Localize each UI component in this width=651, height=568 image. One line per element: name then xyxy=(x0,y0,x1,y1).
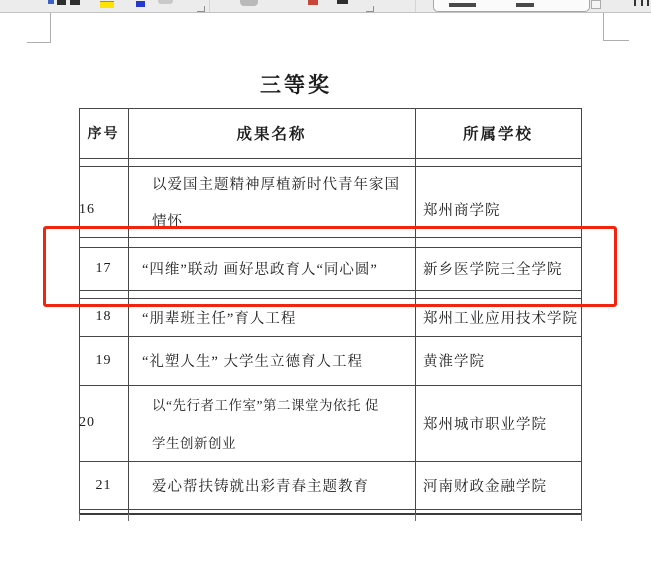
ruler-mark xyxy=(641,0,643,6)
table-border-line xyxy=(581,108,582,514)
achievement-name: 爱心帮扶铸就出彩青春主题教育 xyxy=(128,475,415,496)
school-name: 郑州工业应用技术学院 xyxy=(415,307,581,328)
achievement-name: 以“先行者工作室”第二课堂为依托 促 学生创新创业 xyxy=(128,385,415,461)
table-border-line xyxy=(415,514,416,521)
text-boundary-mark-top-right xyxy=(603,12,629,41)
ruler-mark xyxy=(634,0,636,6)
header-school: 所属学校 xyxy=(415,122,581,144)
combo-content-fragment xyxy=(449,3,476,7)
table-row-21: 21 爱心帮扶铸就出彩青春主题教育 河南财政金融学院 xyxy=(79,461,581,510)
header-name: 成果名称 xyxy=(128,122,415,144)
table-row-20: 20 以“先行者工作室”第二课堂为依托 促 学生创新创业 郑州城市职业学院 xyxy=(79,385,581,461)
school-name: 郑州城市职业学院 xyxy=(415,385,581,461)
toolbar-button-fragment[interactable] xyxy=(240,0,258,6)
highlight-color-icon[interactable] xyxy=(100,1,114,8)
group-dialog-launcher-icon[interactable] xyxy=(366,6,374,12)
combo-content-fragment xyxy=(516,3,534,7)
style-combo-box[interactable] xyxy=(433,0,590,12)
font-color-icon[interactable] xyxy=(48,0,54,4)
row-number: 18 xyxy=(79,309,128,325)
school-name: 河南财政金融学院 xyxy=(415,475,581,496)
toolbar-separator xyxy=(209,0,210,12)
word-processor-window: 三等奖 序号 成果名称 所属学校 16 以爱国主题精神厚植新时代青年家国 情怀 … xyxy=(0,0,651,568)
toolbar-icon-fragment[interactable] xyxy=(308,0,318,5)
header-no: 序号 xyxy=(79,123,128,143)
table-border-line xyxy=(79,513,582,515)
row-number: 20 xyxy=(79,385,128,461)
table-header-row: 序号 成果名称 所属学校 xyxy=(79,108,581,158)
spinner-button-fragment[interactable] xyxy=(591,0,601,9)
toolbar-separator xyxy=(415,0,416,12)
text-boundary-mark-top-left xyxy=(27,12,51,43)
toolbar-icon-fragment[interactable] xyxy=(57,0,66,5)
ruler-mark xyxy=(647,0,649,6)
row-number: 19 xyxy=(79,353,128,369)
toolbar-button-fragment[interactable] xyxy=(158,0,173,4)
ribbon-toolbar xyxy=(0,0,651,13)
group-dialog-launcher-icon[interactable] xyxy=(197,6,205,12)
row-number: 21 xyxy=(79,478,128,494)
achievement-name: “礼塑人生” 大学生立德育人工程 xyxy=(128,350,415,371)
toolbar-icon-fragment[interactable] xyxy=(337,0,348,4)
red-annotation-box xyxy=(43,226,617,307)
table-border-line xyxy=(79,158,582,159)
page-title: 三等奖 xyxy=(78,69,514,97)
font-color-icon[interactable] xyxy=(136,1,145,7)
toolbar-icon-fragment[interactable] xyxy=(70,0,80,5)
table-border-line xyxy=(581,514,582,521)
achievement-name: “朋辈班主任”育人工程 xyxy=(128,307,415,328)
table-border-line xyxy=(79,514,80,521)
table-row-19: 19 “礼塑人生” 大学生立德育人工程 黄淮学院 xyxy=(79,336,581,385)
school-name: 黄淮学院 xyxy=(415,350,581,371)
table-border-line xyxy=(128,514,129,521)
